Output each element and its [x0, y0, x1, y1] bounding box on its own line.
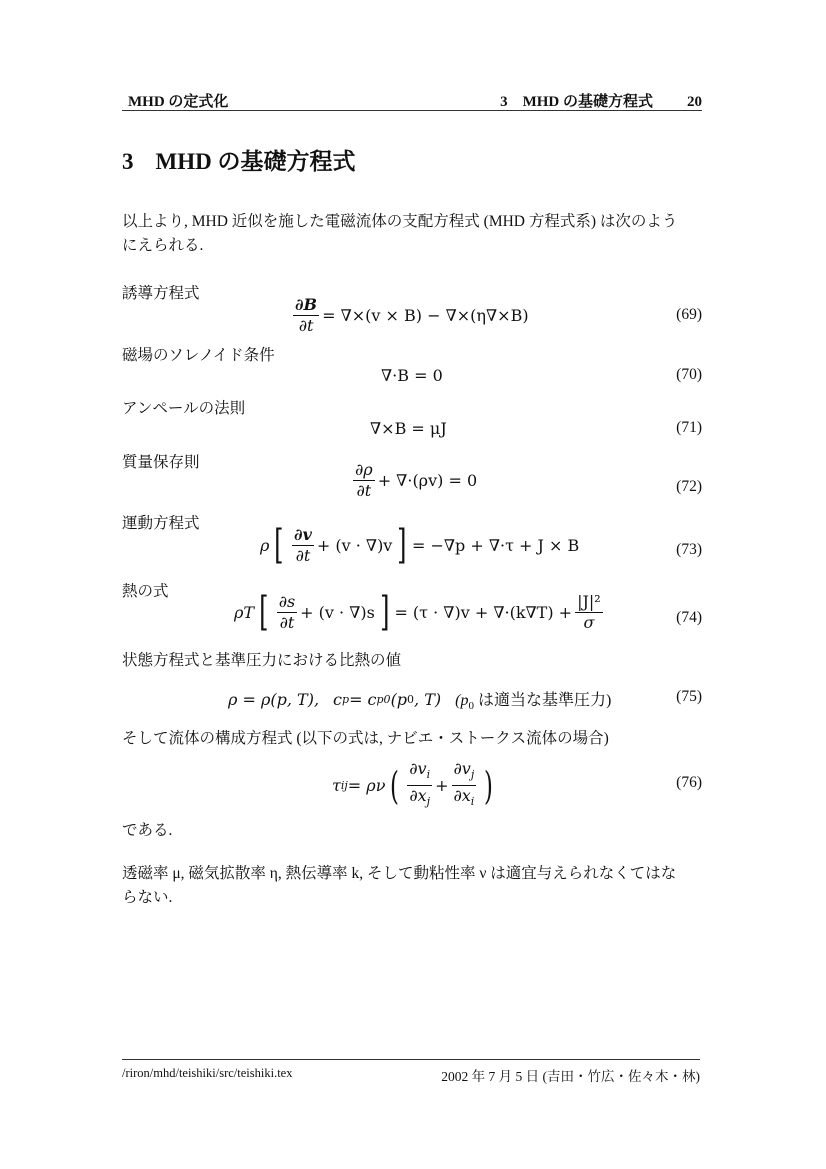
section-heading: 3MHD の基礎方程式 [122, 143, 355, 176]
intro-line-2: にえられる. [122, 234, 702, 258]
equation-70: ∇·B = 0 [381, 366, 443, 385]
page-footer: /riron/mhd/teishiki/src/teishiki.tex 200… [122, 1059, 700, 1060]
footer-date-authors: 2002 年 7 月 5 日 (吉田・竹広・佐々木・林) [441, 1065, 700, 1085]
intro-paragraph: 以上より, MHD 近似を施した電磁流体の支配方程式 (MHD 方程式系) は次… [122, 210, 702, 258]
equation-73: ρ [ ∂v∂t + (v · ∇)v ] = −∇p + ∇·τ + J × … [260, 525, 579, 565]
equation-number-72: (72) [676, 478, 702, 496]
conclusion-text: である. [122, 819, 702, 843]
label-constitutive-equation: そして流体の構成方程式 (以下の式は, ナビエ・ストークス流体の場合) [122, 726, 609, 748]
section-number: 3 [122, 149, 134, 174]
equation-number-70: (70) [676, 366, 702, 384]
closing-line-2: らない. [122, 886, 702, 910]
equation-number-75: (75) [676, 688, 702, 706]
equation-75-note: (p0 は適当な基準圧力) [455, 687, 611, 712]
label-heat-equation: 熱の式 [122, 579, 169, 601]
closing-line-1: 透磁率 μ, 磁気拡散率 η, 熱伝導率 k, そして動粘性率 ν は適宜与えら… [122, 862, 702, 886]
equation-number-74: (74) [676, 609, 702, 627]
label-ampere-law: アンペールの法則 [122, 396, 245, 418]
label-equation-of-motion: 運動方程式 [122, 511, 200, 533]
intro-line-1: 以上より, MHD 近似を施した電磁流体の支配方程式 (MHD 方程式系) は次… [122, 210, 702, 234]
label-equation-of-state: 状態方程式と基準圧力における比熱の値 [122, 648, 401, 670]
equation-72: ∂ρ∂t + ∇·(ρv) = 0 [350, 461, 477, 500]
closing-paragraph: 透磁率 μ, 磁気拡散率 η, 熱伝導率 k, そして動粘性率 ν は適宜与えら… [122, 862, 702, 910]
equation-74: ρT [ ∂s∂t + (v · ∇)s ] = (τ · ∇)v + ∇·(k… [234, 592, 606, 632]
equation-number-69: (69) [676, 306, 702, 324]
equation-75: ρ = ρ(p, T), cp = cp0 (p0, T) (p0 は適当な基準… [228, 687, 611, 712]
label-solenoidal-condition: 磁場のソレノイド条件 [122, 343, 275, 365]
header-section-title: 3 MHD の基礎方程式 [500, 94, 653, 110]
running-header: MHD の定式化 3 MHD の基礎方程式20 [122, 88, 702, 111]
equation-69: ∂B∂t = ∇×(v × B) − ∇×(η∇×B) [290, 296, 529, 335]
header-chapter: MHD の定式化 [128, 90, 228, 111]
equation-number-73: (73) [676, 541, 702, 559]
section-title: MHD の基礎方程式 [156, 149, 356, 174]
equation-76: τij = ρν ( ∂vi∂xj + ∂vj∂xi ) [332, 760, 498, 811]
label-induction-equation: 誘導方程式 [122, 281, 200, 303]
label-mass-conservation: 質量保存則 [122, 450, 200, 472]
footer-source-path: /riron/mhd/teishiki/src/teishiki.tex [122, 1066, 292, 1081]
equation-number-71: (71) [676, 419, 702, 437]
page-number: 20 [687, 94, 702, 110]
header-section: 3 MHD の基礎方程式20 [500, 90, 702, 111]
equation-number-76: (76) [676, 774, 702, 792]
equation-71: ∇×B = μJ [370, 419, 447, 438]
